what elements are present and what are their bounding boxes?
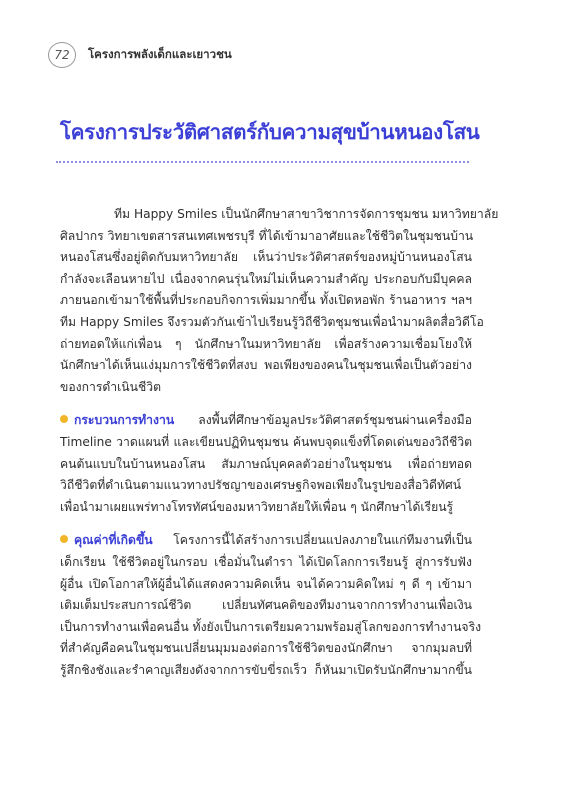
running-title: โครงการพลังเด็กและเยาวชน (88, 46, 232, 64)
text-line: ถ่ายทอดให้แก่เพื่อน ๆ นักศึกษาในมหาวิทยา… (60, 334, 472, 356)
article-body: ทีม Happy Smiles เป็นนักศึกษาสาขาวิชาการ… (60, 204, 472, 681)
page-header: 72 โครงการพลังเด็กและเยาวชน (48, 42, 232, 68)
section-heading: กระบวนการทำงาน (74, 413, 174, 427)
text-line: กำลังจะเลือนหายไป เนื่องจากคนรุ่นใหม่ไม่… (60, 269, 472, 291)
text-line: เป็นการทำงานเพื่อคนอื่น ทั้งยังเป็นการเต… (60, 617, 472, 639)
text-line: ที่สำคัญคือคนในชุมชนเปลี่ยนมุมมองต่อการใ… (60, 638, 472, 660)
text-line: คนต้นแบบในบ้านหนองโสน สัมภาษณ์บุคคลตัวอย… (60, 454, 472, 476)
bullet-icon (60, 415, 68, 423)
text-line: ภายนอกเข้ามาใช้พื้นที่ประกอบกิจการเพิ่มม… (60, 290, 472, 312)
text-line: เพื่อนำมาเผยแพร่ทางโทรทัศน์ของมหาวิทยาลั… (60, 497, 472, 519)
text-line: หนองโสนซึ่งอยู่ติดกับมหาวิทยาลัย เห็นว่า… (60, 247, 472, 269)
text-line: ศิลปากร วิทยาเขตสารสนเทศเพชรบุรี ที่ได้เ… (60, 226, 472, 248)
text-run: ลงพื้นที่ศึกษาข้อมูลประวัติศาสตร์ชุมชนผ่… (198, 413, 472, 427)
text-line: ผู้อื่น เปิดโอกาสให้ผู้อื่นได้แสดงความคิ… (60, 574, 472, 596)
text-line: เติมเต็มประสบการณ์ชีวิต เปลี่ยนทัศนคติขอ… (60, 595, 472, 617)
text-line: ของการดำเนินชีวิต (60, 377, 472, 399)
section-heading: คุณค่าที่เกิดขึ้น (74, 533, 153, 547)
text-line: นักศึกษาได้เห็นแง่มุมการใช้ชีวิตที่สงบ พ… (60, 355, 472, 377)
text-line: เด็กเรียน ใช้ชีวิตอยู่ในกรอบ เชื่อมั่นใน… (60, 552, 472, 574)
section-first-line: คุณค่าที่เกิดขึ้น โครงการนี้ได้สร้างการเ… (60, 530, 472, 552)
dotted-divider (56, 161, 469, 163)
article-title: โครงการประวัติศาสตร์กับความสุขบ้านหนองโส… (60, 116, 480, 149)
text-line: ทีม Happy Smiles เป็นนักศึกษาสาขาวิชาการ… (60, 204, 472, 226)
text-line: รู้สึกชิงชังและรำคาญเสียงดังจากการขับขี่… (60, 660, 472, 682)
process-section: กระบวนการทำงาน ลงพื้นที่ศึกษาข้อมูลประวั… (60, 410, 472, 518)
text-line: Timeline วาดแผนที่ และเขียนปฏิทินชุมชน ค… (60, 432, 472, 454)
bullet-icon (60, 535, 68, 543)
text-run: โครงการนี้ได้สร้างการเปลี่ยนแปลงภายในแก่… (173, 533, 472, 547)
value-section: คุณค่าที่เกิดขึ้น โครงการนี้ได้สร้างการเ… (60, 530, 472, 681)
section-first-line: กระบวนการทำงาน ลงพื้นที่ศึกษาข้อมูลประวั… (60, 410, 472, 432)
intro-paragraph: ทีม Happy Smiles เป็นนักศึกษาสาขาวิชาการ… (60, 204, 472, 398)
text-line: วิถีชีวิตที่ดำเนินตามแนวทางปรัชญาของเศรษ… (60, 475, 472, 497)
text-line: ทีม Happy Smiles จึงรวมตัวกันเข้าไปเรียน… (60, 312, 472, 334)
page-number-badge: 72 (48, 42, 76, 68)
